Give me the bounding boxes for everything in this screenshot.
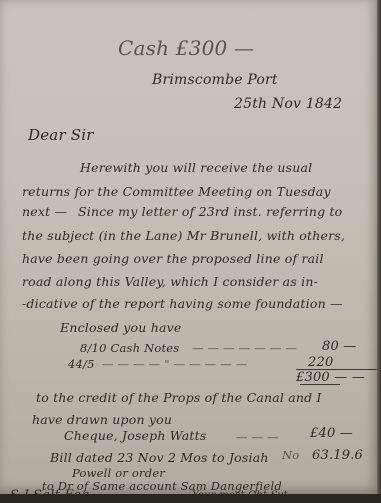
page-edge-shadow <box>377 0 381 500</box>
draft-label-3: Powell or order <box>72 466 165 480</box>
paragraph-line-2: returns for the Committee Meeting on Tue… <box>22 184 331 199</box>
letter-place: Brimscombe Port <box>152 72 278 88</box>
paragraph-line-7: road along this Valley, which I consider… <box>22 274 318 289</box>
letter-date: 25th Nov 1842 <box>234 96 342 112</box>
paragraph-line-6: have been going over the proposed line o… <box>22 251 324 266</box>
enclosure-label-1: 8/10 Cash Notes <box>80 341 179 355</box>
page-bottom-edge <box>0 494 381 500</box>
paragraph-line-4: Since my letter of 23rd inst. referring … <box>78 204 342 219</box>
letter-page: Cash £300 — Brimscombe Port 25th Nov 184… <box>0 0 378 494</box>
enclosed-intro: Enclosed you have <box>60 320 181 335</box>
total-underline <box>300 384 340 385</box>
paragraph-line-1: Herewith you will receive the usual <box>80 160 312 175</box>
draft-amount-1: £40 — <box>310 426 353 441</box>
draft-leader-1: — — — <box>236 430 279 444</box>
enclosure-total: £300 — — <box>296 370 365 385</box>
paragraph-line-5: the subject (in the Lane) Mr Brunell, wi… <box>22 228 345 243</box>
enclosure-amount-1: 80 — <box>322 339 356 354</box>
credit-line: to the credit of the Props of the Canal … <box>36 390 322 405</box>
cash-heading: Cash £300 — <box>118 36 254 60</box>
enclosure-label-2: 44/5 <box>68 357 95 371</box>
drawn-intro: have drawn upon you <box>32 412 172 427</box>
enclosure-leader-1: — — — — — — — <box>192 341 297 355</box>
draft-label-1: Cheque, Joseph Watts <box>64 428 206 443</box>
paragraph-line-3: next — <box>22 204 67 219</box>
enclosure-leader-2: — — — — " — — — — — <box>102 357 248 371</box>
enclosure-amount-2: 220 <box>308 355 333 370</box>
draft-label-2: Bill dated 23 Nov 2 Mos to Josiah <box>50 450 269 465</box>
paragraph-line-8: -dicative of the report having some foun… <box>22 296 343 311</box>
draft-amount-2: 63.19.6 <box>312 448 363 463</box>
margin-note: No <box>282 448 299 462</box>
salutation: Dear Sir <box>28 126 94 144</box>
